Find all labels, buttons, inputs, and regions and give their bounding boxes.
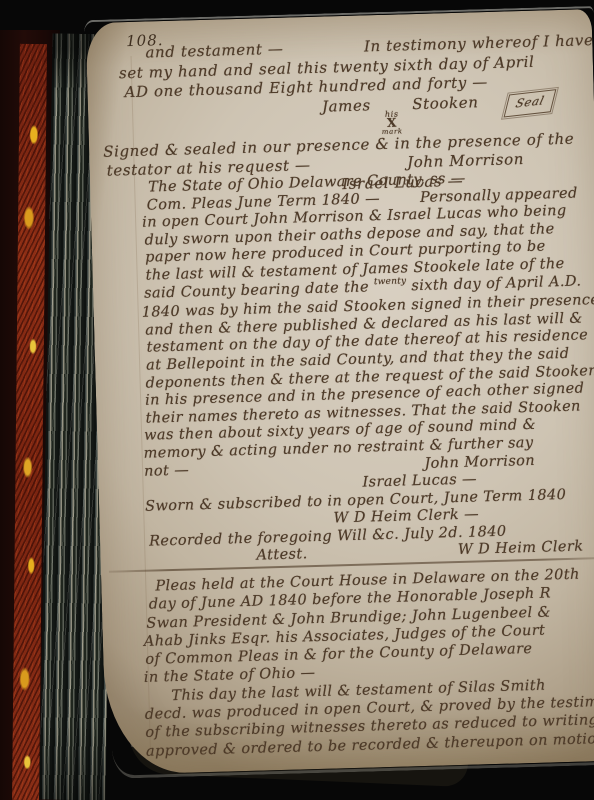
section-probate-testimony: The State of Ohio Delaware County, ss —C… <box>136 167 594 569</box>
section-court-session: Pleas held at the Court House in Delawar… <box>141 565 594 761</box>
seal-stamp: Seal <box>503 89 555 117</box>
handwritten-line: approved & ordered to be recorded & ther… <box>146 729 594 760</box>
signature-surname: Stooken <box>407 93 479 113</box>
his-mark-x: hisXmark <box>381 110 402 135</box>
interlinear-insert: twenty <box>374 276 407 287</box>
photo-scene: 108. and testament — In testimony whereo… <box>0 0 594 800</box>
manuscript-page: 108. and testament — In testimony whereo… <box>86 9 594 775</box>
signature-first-name: James <box>322 96 377 116</box>
